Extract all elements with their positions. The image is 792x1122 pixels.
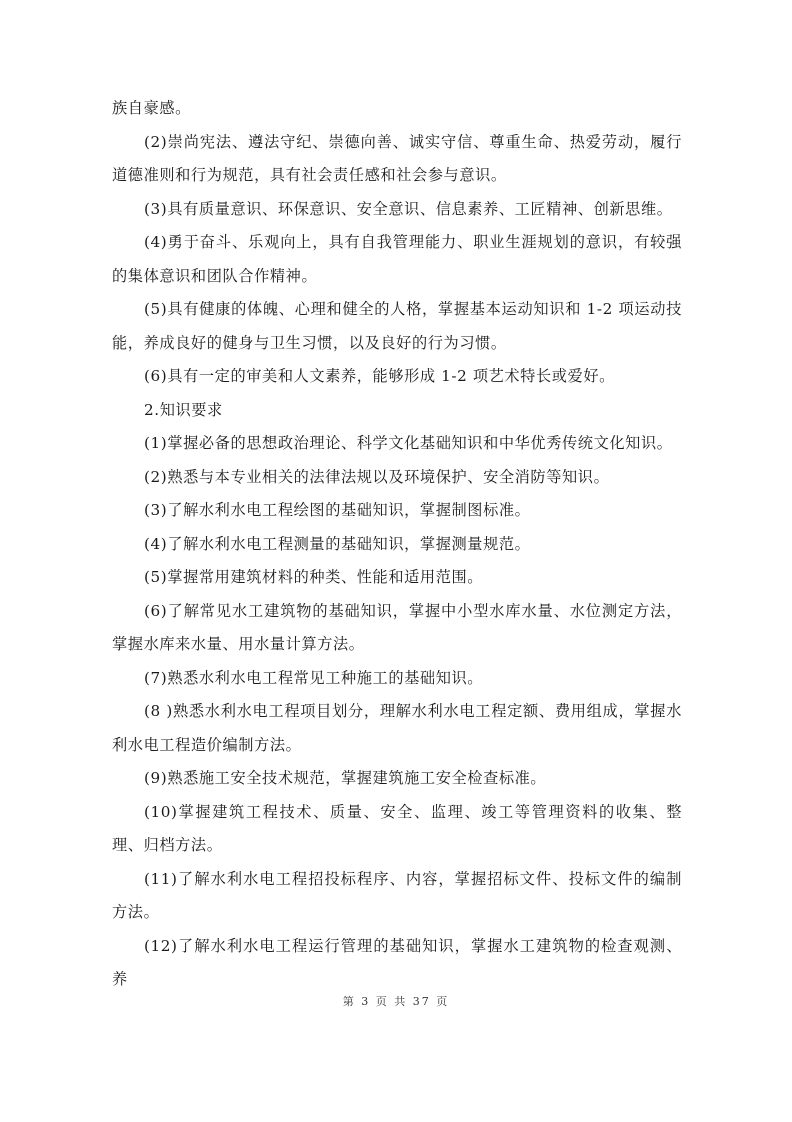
paragraph-attitude-4: (4)勇于奋斗、乐观向上，具有自我管理能力、职业生涯规划的意识，有较强的集体意识… <box>112 226 682 293</box>
paragraph-knowledge-11: (11)了解水利水电工程招投标程序、内容，掌握招标文件、投标文件的编制方法。 <box>112 863 682 930</box>
section-heading-knowledge: 2.知识要求 <box>112 394 682 428</box>
paragraph-knowledge-8: (8 )熟悉水利水电工程项目划分，理解水利水电工程定额、费用组成，掌握水利水电工… <box>112 695 682 762</box>
paragraph-knowledge-6: (6)了解常见水工建筑物的基础知识，掌握中小型水库水量、水位测定方法，掌握水库来… <box>112 595 682 662</box>
paragraph-knowledge-10: (10)掌握建筑工程技术、质量、安全、监理、竣工等管理资料的收集、整理、归档方法… <box>112 796 682 863</box>
paragraph-attitude-3: (3)具有质量意识、环保意识、安全意识、信息素养、工匠精神、创新思维。 <box>112 193 682 227</box>
paragraph-knowledge-2: (2)熟悉与本专业相关的法律法规以及环境保护、安全消防等知识。 <box>112 461 682 495</box>
paragraph-knowledge-1: (1)掌握必备的思想政治理论、科学文化基础知识和中华优秀传统文化知识。 <box>112 427 682 461</box>
paragraph-knowledge-7: (7)熟悉水利水电工程常见工种施工的基础知识。 <box>112 662 682 696</box>
paragraph-knowledge-3: (3)了解水利水电工程绘图的基础知识，掌握制图标准。 <box>112 494 682 528</box>
paragraph-knowledge-12: (12)了解水利水电工程运行管理的基础知识，掌握水工建筑物的检查观测、养 <box>112 930 682 997</box>
paragraph-attitude-2: (2)崇尚宪法、遵法守纪、崇德向善、诚实守信、尊重生命、热爱劳动，履行道德准则和… <box>112 126 682 193</box>
paragraph-knowledge-5: (5)掌握常用建筑材料的种类、性能和适用范围。 <box>112 561 682 595</box>
page-number-footer: 第 3 页 共 37 页 <box>0 993 792 1009</box>
paragraph-attitude-5: (5)具有健康的体魄、心理和健全的人格，掌握基本运动知识和 1-2 项运动技能，… <box>112 293 682 360</box>
paragraph-knowledge-9: (9)熟悉施工安全技术规范，掌握建筑施工安全检查标准。 <box>112 762 682 796</box>
document-page: 族自豪感。 (2)崇尚宪法、遵法守纪、崇德向善、诚实守信、尊重生命、热爱劳动，履… <box>112 92 682 997</box>
paragraph-knowledge-4: (4)了解水利水电工程测量的基础知识，掌握测量规范。 <box>112 528 682 562</box>
paragraph-attitude-6: (6)具有一定的审美和人文素养，能够形成 1-2 项艺术特长或爱好。 <box>112 360 682 394</box>
paragraph-continuation: 族自豪感。 <box>112 92 682 126</box>
